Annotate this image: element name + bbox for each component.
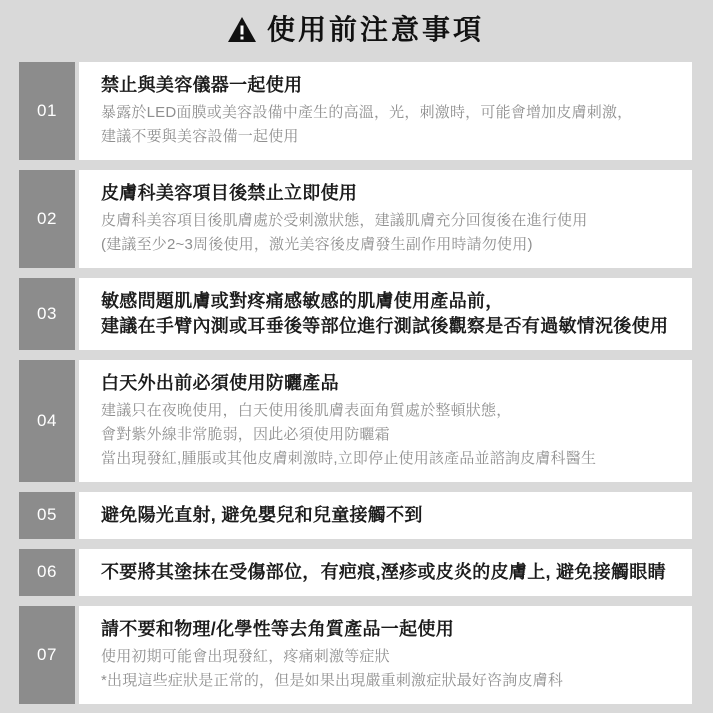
notice-body-line: 建議只在夜晚使用，白天使用後肌膚表面角質處於整頓狀態， — [101, 399, 670, 423]
page-title: 使用前注意事項 — [267, 15, 484, 46]
notice-card: 請不要和物理/化學性等去角質產品一起使用 使用初期可能會出現發紅，疼痛刺激等症狀… — [79, 606, 692, 704]
notice-body: 建議只在夜晚使用，白天使用後肌膚表面角質處於整頓狀態， 會對紫外線非常脆弱，因此… — [101, 399, 670, 471]
notice-body-line: 會對紫外線非常脆弱，因此必須使用防曬霜 — [101, 423, 670, 447]
notice-item-01: 01 禁止與美容儀器一起使用 暴露於LED面膜或美容設備中產生的高溫，光，刺激時… — [19, 62, 692, 160]
notice-card: 皮膚科美容項目後禁止立即使用 皮膚科美容項目後肌膚處於受刺激狀態，建議肌膚充分回… — [79, 170, 692, 268]
notice-title: 敏感問題肌膚或對疼痛感敏感的肌膚使用產品前， — [101, 289, 670, 314]
notice-body-line: 當出現發紅,腫脹或其他皮膚刺激時,立即停止使用該產品並諮詢皮膚科醫生 — [101, 447, 670, 471]
notice-title: 皮膚科美容項目後禁止立即使用 — [101, 181, 670, 206]
notice-body: 使用初期可能會出現發紅，疼痛刺激等症狀 *出現這些症狀是正常的，但是如果出現嚴重… — [101, 645, 670, 693]
notice-body-line: 暴露於LED面膜或美容設備中產生的高溫，光，刺激時，可能會增加皮膚刺激， — [101, 101, 670, 125]
notice-number: 03 — [19, 278, 75, 350]
notice-item-02: 02 皮膚科美容項目後禁止立即使用 皮膚科美容項目後肌膚處於受刺激狀態，建議肌膚… — [19, 170, 692, 268]
notice-card: 敏感問題肌膚或對疼痛感敏感的肌膚使用產品前， 建議在手臂內測或耳垂後等部位進行測… — [79, 278, 692, 350]
notice-title: 請不要和物理/化學性等去角質產品一起使用 — [101, 617, 670, 642]
notice-body-line: 建議不要與美容設備一起使用 — [101, 125, 670, 149]
notice-body-line: 皮膚科美容項目後肌膚處於受刺激狀態，建議肌膚充分回復後在進行使用 — [101, 209, 670, 233]
notice-body-line: *出現這些症狀是正常的，但是如果出現嚴重刺激症狀最好咨詢皮膚科 — [101, 669, 670, 693]
notice-body-line: (建議至少2~3周後使用，激光美容後皮膚發生副作用時請勿使用) — [101, 233, 670, 257]
notice-card: 不要將其塗抹在受傷部位，有疤痕,溼疹或皮炎的皮膚上, 避免接觸眼睛 — [79, 549, 692, 596]
warning-icon — [227, 16, 257, 44]
page-header: 使用前注意事項 — [19, 0, 692, 62]
notice-title: 白天外出前必須使用防曬產品 — [101, 371, 670, 396]
notice-number: 07 — [19, 606, 75, 704]
notice-card: 避免陽光直射, 避免嬰兒和兒童接觸不到 — [79, 492, 692, 539]
notice-item-03: 03 敏感問題肌膚或對疼痛感敏感的肌膚使用產品前， 建議在手臂內測或耳垂後等部位… — [19, 278, 692, 350]
notice-number: 04 — [19, 360, 75, 482]
notice-title: 禁止與美容儀器一起使用 — [101, 73, 670, 98]
notice-card: 白天外出前必須使用防曬產品 建議只在夜晚使用，白天使用後肌膚表面角質處於整頓狀態… — [79, 360, 692, 482]
notice-item-06: 06 不要將其塗抹在受傷部位，有疤痕,溼疹或皮炎的皮膚上, 避免接觸眼睛 — [19, 549, 692, 596]
notice-item-05: 05 避免陽光直射, 避免嬰兒和兒童接觸不到 — [19, 492, 692, 539]
notice-body: 暴露於LED面膜或美容設備中產生的高溫，光，刺激時，可能會增加皮膚刺激， 建議不… — [101, 101, 670, 149]
notice-body-line: 使用初期可能會出現發紅，疼痛刺激等症狀 — [101, 645, 670, 669]
notice-number: 05 — [19, 492, 75, 539]
notice-title: 避免陽光直射, 避免嬰兒和兒童接觸不到 — [101, 503, 670, 528]
notice-body: 皮膚科美容項目後肌膚處於受刺激狀態，建議肌膚充分回復後在進行使用 (建議至少2~… — [101, 209, 670, 257]
notice-item-04: 04 白天外出前必須使用防曬產品 建議只在夜晚使用，白天使用後肌膚表面角質處於整… — [19, 360, 692, 482]
notice-card: 禁止與美容儀器一起使用 暴露於LED面膜或美容設備中產生的高溫，光，刺激時，可能… — [79, 62, 692, 160]
notice-number: 01 — [19, 62, 75, 160]
notice-title: 不要將其塗抹在受傷部位，有疤痕,溼疹或皮炎的皮膚上, 避免接觸眼睛 — [101, 560, 670, 585]
notice-number: 02 — [19, 170, 75, 268]
notice-number: 06 — [19, 549, 75, 596]
notice-list: 01 禁止與美容儀器一起使用 暴露於LED面膜或美容設備中產生的高溫，光，刺激時… — [19, 62, 692, 704]
precautions-page: 使用前注意事項 01 禁止與美容儀器一起使用 暴露於LED面膜或美容設備中產生的… — [0, 0, 713, 713]
notice-item-07: 07 請不要和物理/化學性等去角質產品一起使用 使用初期可能會出現發紅，疼痛刺激… — [19, 606, 692, 704]
notice-title: 建議在手臂內測或耳垂後等部位進行測試後觀察是否有過敏情況後使用 — [101, 314, 670, 339]
